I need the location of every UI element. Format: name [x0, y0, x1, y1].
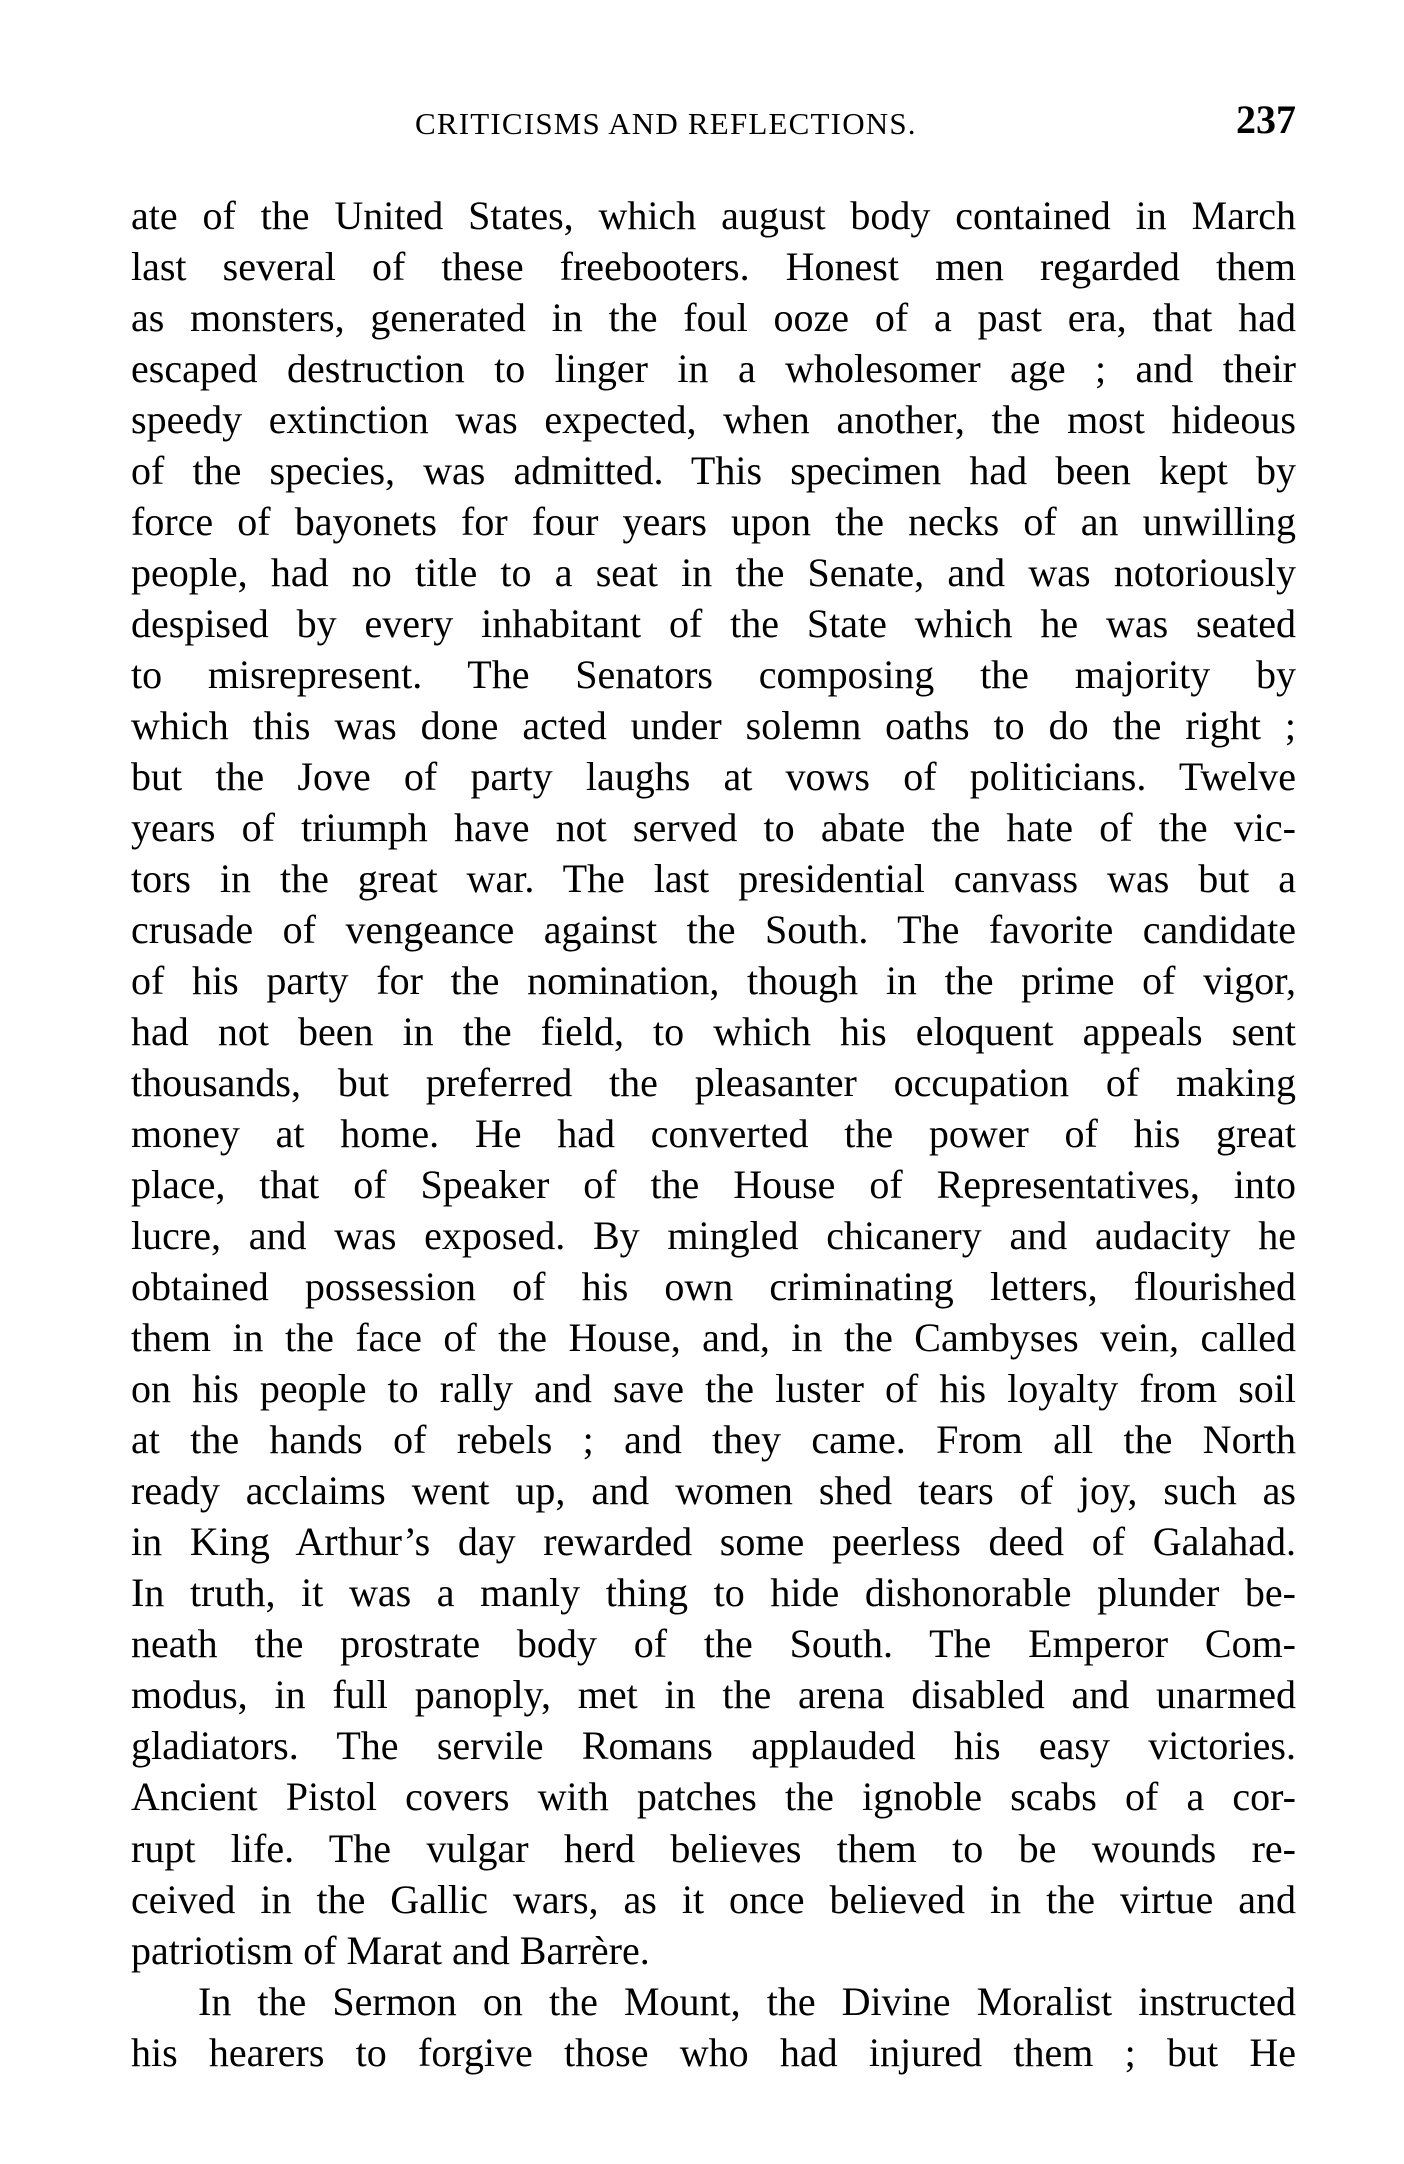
text-line: neath the prostrate body of the South. T…	[131, 1618, 1296, 1669]
text-line: obtained possession of his own criminati…	[131, 1261, 1296, 1312]
text-line: ate of the United States, which august b…	[131, 190, 1296, 241]
body-text: ate of the United States, which august b…	[131, 190, 1296, 2078]
text-line: place, that of Speaker of the House of R…	[131, 1159, 1296, 1210]
text-line: them in the face of the House, and, in t…	[131, 1312, 1296, 1363]
running-head: CRITICISMS AND REFLECTIONS.	[415, 104, 907, 144]
paragraph: ate of the United States, which august b…	[131, 190, 1296, 1976]
text-line: to misrepresent. The Senators composing …	[131, 649, 1296, 700]
text-line: had not been in the field, to which his …	[131, 1006, 1296, 1057]
text-line: years of triumph have not served to abat…	[131, 802, 1296, 853]
text-line: rupt life. The vulgar herd believes them…	[131, 1823, 1296, 1874]
text-line: but the Jove of party laughs at vows of …	[131, 751, 1296, 802]
text-line: tors in the great war. The last presiden…	[131, 853, 1296, 904]
text-line: of the species, was admitted. This speci…	[131, 445, 1296, 496]
text-line: modus, in full panoply, met in the arena…	[131, 1669, 1296, 1720]
text-line: Ancient Pistol covers with patches the i…	[131, 1771, 1296, 1822]
text-line: of his party for the nomination, though …	[131, 955, 1296, 1006]
text-line: force of bayonets for four years upon th…	[131, 496, 1296, 547]
text-line: which this was done acted under solemn o…	[131, 700, 1296, 751]
text-line: last several of these freebooters. Hones…	[131, 241, 1296, 292]
text-line: people, had no title to a seat in the Se…	[131, 547, 1296, 598]
text-line: as monsters, generated in the foul ooze …	[131, 292, 1296, 343]
text-line: in King Arthur’s day rewarded some peerl…	[131, 1516, 1296, 1567]
text-line: despised by every inhabitant of the Stat…	[131, 598, 1296, 649]
text-line: ceived in the Gallic wars, as it once be…	[131, 1874, 1296, 1925]
text-line: lucre, and was exposed. By mingled chica…	[131, 1210, 1296, 1261]
text-line: his hearers to forgive those who had inj…	[131, 2027, 1296, 2078]
text-line: on his people to rally and save the lust…	[131, 1363, 1296, 1414]
text-line: gladiators. The servile Romans applauded…	[131, 1720, 1296, 1771]
text-line: In truth, it was a manly thing to hide d…	[131, 1567, 1296, 1618]
paragraph: In the Sermon on the Mount, the Divine M…	[131, 1976, 1296, 2078]
text-line: escaped destruction to linger in a whole…	[131, 343, 1296, 394]
text-line: at the hands of rebels ; and they came. …	[131, 1414, 1296, 1465]
page-number: 237	[1232, 98, 1296, 142]
text-line: ready acclaims went up, and women shed t…	[131, 1465, 1296, 1516]
text-line: speedy extinction was expected, when ano…	[131, 394, 1296, 445]
text-line: crusade of vengeance against the South. …	[131, 904, 1296, 955]
text-line: In the Sermon on the Mount, the Divine M…	[131, 1976, 1296, 2027]
text-line: money at home. He had converted the powe…	[131, 1108, 1296, 1159]
text-line: patriotism of Marat and Barrère.	[131, 1925, 1296, 1976]
text-line: thousands, but preferred the pleasanter …	[131, 1057, 1296, 1108]
